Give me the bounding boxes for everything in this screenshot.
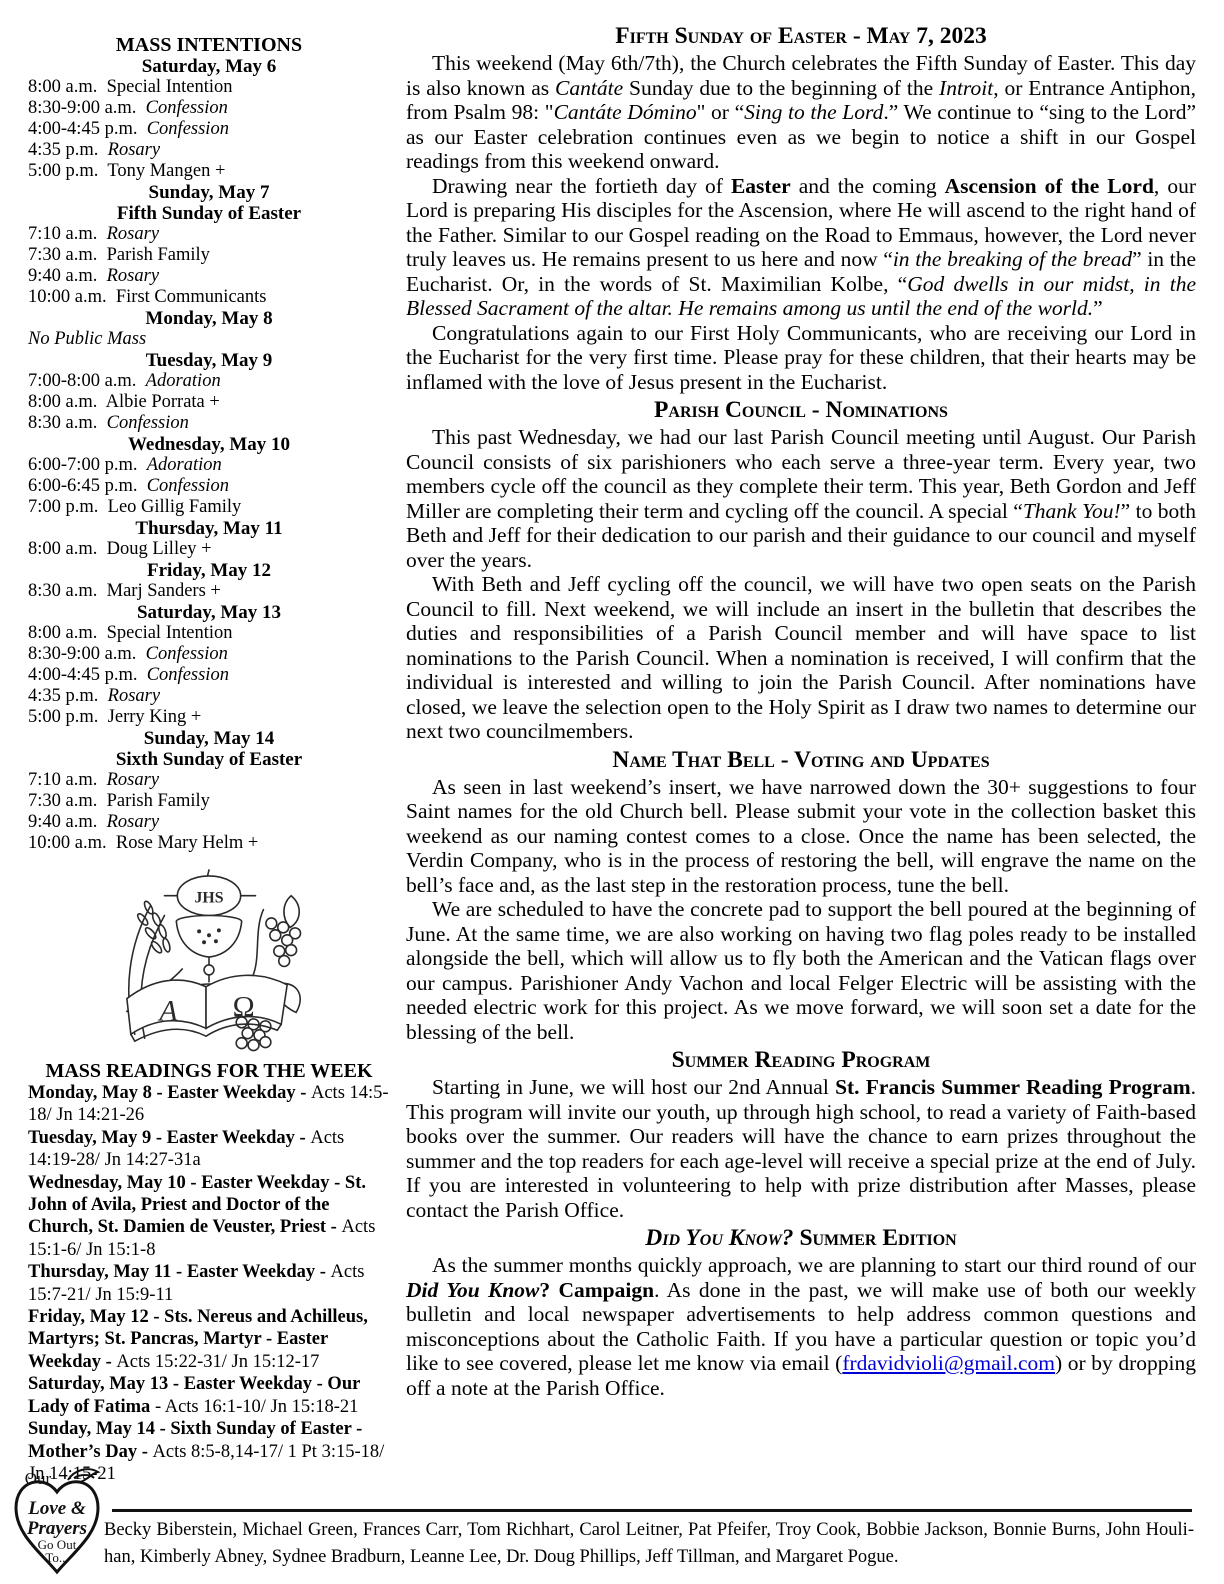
- mass-intention-entry: 8:00 a.m. Albie Porrata +: [28, 392, 390, 413]
- logo-line-love: Love &: [27, 1498, 86, 1519]
- dove-icon: [68, 1469, 98, 1482]
- text-run: Parish Council - Nominations: [654, 397, 948, 423]
- mass-desc: Rosary: [107, 224, 159, 244]
- chalice-host-illustration: JHS: [101, 868, 317, 1056]
- mass-time: 8:30 a.m.: [28, 581, 97, 601]
- sections: Fifth Sunday of Easter - May 7, 2023This…: [406, 23, 1196, 1400]
- mass-time: 8:00 a.m.: [28, 623, 97, 643]
- day-header: Sunday, May 14: [28, 728, 390, 749]
- mass-intention-entry: 8:30-9:00 a.m. Confession: [28, 644, 390, 665]
- paragraph: Congratulations again to our First Holy …: [406, 321, 1196, 395]
- mass-intention-entry: 9:40 a.m. Rosary: [28, 266, 390, 287]
- text-run: Congratulations again to our First Holy …: [406, 321, 1196, 394]
- mass-intention-entry: 8:00 a.m. Special Intention: [28, 623, 390, 644]
- mass-time: 6:00-6:45 p.m.: [28, 476, 137, 496]
- text-run: Tuesday, May 9 - Easter Weekday -: [28, 1128, 310, 1148]
- mass-time: 4:00-4:45 p.m.: [28, 665, 137, 685]
- mass-desc: Leo Gillig Family: [108, 497, 242, 517]
- text-run: Ascension of the Lord: [945, 174, 1154, 198]
- mass-intention-entry: 10:00 a.m. Rose Mary Helm +: [28, 833, 390, 854]
- text-run: Drawing near the fortieth day of: [432, 174, 731, 198]
- mass-intention-entry: 4:35 p.m. Rosary: [28, 140, 390, 161]
- mass-intention-entry: 9:40 a.m. Rosary: [28, 812, 390, 833]
- mass-desc: Confession: [147, 119, 229, 139]
- mass-intention-entry: 8:30 a.m. Confession: [28, 413, 390, 434]
- mass-desc: Special Intention: [107, 77, 233, 97]
- text-run: ”: [1093, 296, 1103, 320]
- mass-time: 8:00 a.m.: [28, 392, 97, 412]
- mass-desc: Confession: [107, 413, 189, 433]
- day-header: Wednesday, May 10: [28, 434, 390, 455]
- mass-time: 9:40 a.m.: [28, 266, 97, 286]
- section-heading: Did You Know? Summer Edition: [406, 1225, 1196, 1252]
- text-run: Thank You!: [1023, 499, 1121, 523]
- mass-desc: Confession: [147, 665, 229, 685]
- email-link[interactable]: frdavidvioli@gmail.com: [842, 1351, 1055, 1375]
- mass-time: 5:00 p.m.: [28, 707, 98, 727]
- text-run: Easter: [731, 174, 791, 198]
- text-run: and the coming: [791, 174, 945, 198]
- mass-intention-entry: 4:00-4:45 p.m. Confession: [28, 665, 390, 686]
- text-run: ? Campaign: [539, 1278, 654, 1302]
- text-run: With Beth and Jeff cycling off the counc…: [406, 572, 1196, 743]
- mass-intention-entry: 10:00 a.m. First Communicants: [28, 287, 390, 308]
- mass-intention-entry: 8:30-9:00 a.m. Confession: [28, 98, 390, 119]
- logo-line-to: To...: [45, 1550, 68, 1565]
- paragraph: As seen in last weekend’s insert, we hav…: [406, 775, 1196, 898]
- mass-time: 7:10 a.m.: [28, 770, 97, 790]
- reading-item: Wednesday, May 10 - Easter Weekday - St.…: [28, 1172, 390, 1262]
- logo-line-our: Our: [25, 1469, 52, 1488]
- mass-time: 10:00 a.m.: [28, 287, 107, 307]
- mass-time: 10:00 a.m.: [28, 833, 107, 853]
- text-run: As the summer months quickly approach, w…: [432, 1253, 1196, 1277]
- mass-intention-entry: 7:00-8:00 a.m. Adoration: [28, 371, 390, 392]
- text-run: Name That Bell - Voting and Updates: [612, 747, 989, 773]
- mass-desc: Parish Family: [107, 791, 210, 811]
- logo-line-prayers: Prayers: [26, 1518, 87, 1539]
- mass-intention-entry: 8:00 a.m. Doug Lilley +: [28, 539, 390, 560]
- mass-desc: Rosary: [108, 686, 160, 706]
- host-text: JHS: [194, 890, 223, 907]
- text-run: St. Francis Summer Reading Program: [835, 1075, 1191, 1099]
- reading-item: Friday, May 12 - Sts. Nereus and Achille…: [28, 1306, 390, 1373]
- text-run: Sunday due to the beginning of the: [623, 76, 939, 100]
- mass-time: 9:40 a.m.: [28, 812, 97, 832]
- day-header: Monday, May 8: [28, 308, 390, 329]
- mass-intention-entry: 8:00 a.m. Special Intention: [28, 77, 390, 98]
- mass-desc: Marj Sanders +: [107, 581, 221, 601]
- text-run: Summer Edition: [794, 1225, 957, 1251]
- mass-intention-entry: 7:00 p.m. Leo Gillig Family: [28, 497, 390, 518]
- section-heading: Parish Council - Nominations: [406, 397, 1196, 424]
- mass-desc: Rosary: [108, 140, 160, 160]
- left-column: MASS INTENTIONS Saturday, May 68:00 a.m.…: [28, 34, 390, 1485]
- mass-time: 7:10 a.m.: [28, 224, 97, 244]
- mass-intention-entry: 5:00 p.m. Jerry King +: [28, 707, 390, 728]
- paragraph: With Beth and Jeff cycling off the counc…: [406, 572, 1196, 744]
- reading-item: Thursday, May 11 - Easter Weekday - Acts…: [28, 1261, 390, 1306]
- mass-desc: Rosary: [107, 266, 159, 286]
- text-run: Summer Reading Program: [672, 1047, 931, 1073]
- mass-readings-title: MASS READINGS FOR THE WEEK: [28, 1060, 390, 1082]
- text-run: Introit: [939, 76, 993, 100]
- section-heading: Name That Bell - Voting and Updates: [406, 747, 1196, 774]
- text-run: Thursday, May 11 - Easter Weekday -: [28, 1262, 331, 1282]
- mass-intention-entry: 6:00-7:00 p.m. Adoration: [28, 455, 390, 476]
- mass-intention-entry: 7:30 a.m. Parish Family: [28, 245, 390, 266]
- text-run: Sing to the Lord: [744, 100, 883, 124]
- text-run: Starting in June, we will host our 2nd A…: [432, 1075, 835, 1099]
- day-header: Saturday, May 6: [28, 56, 390, 77]
- mass-intention-entry: 7:30 a.m. Parish Family: [28, 791, 390, 812]
- text-run: As seen in last weekend’s insert, we hav…: [406, 775, 1196, 897]
- text-run: We are scheduled to have the concrete pa…: [406, 897, 1196, 1044]
- mass-desc: Special Intention: [107, 623, 233, 643]
- mass-desc: Tony Mangen +: [107, 161, 225, 181]
- mass-time: 5:00 p.m.: [28, 161, 98, 181]
- mass-intention-entry: 4:35 p.m. Rosary: [28, 686, 390, 707]
- main-column: Fifth Sunday of Easter - May 7, 2023This…: [406, 20, 1196, 1400]
- mass-time: 8:30-9:00 a.m.: [28, 98, 136, 118]
- omega-text: Ω: [233, 991, 255, 1023]
- text-run: - Acts 16:1-10/ Jn 15:18-21: [150, 1397, 358, 1417]
- text-run: Cantáte Dómino: [554, 100, 697, 124]
- text-run: Wednesday, May 10 - Easter Weekday - St.…: [28, 1173, 366, 1238]
- footer-divider: [112, 1509, 1192, 1512]
- mass-desc: Adoration: [147, 455, 222, 475]
- mass-desc: Confession: [146, 98, 228, 118]
- text-run: Acts 15:22-31/ Jn 15:12-17: [116, 1352, 319, 1372]
- mass-desc: First Communicants: [116, 287, 267, 307]
- text-run: Monday, May 8 - Easter Weekday -: [28, 1083, 311, 1103]
- mass-time: 4:00-4:45 p.m.: [28, 119, 137, 139]
- mass-desc: Rosary: [107, 812, 159, 832]
- day-header: Thursday, May 11: [28, 518, 390, 539]
- mass-time: 6:00-7:00 p.m.: [28, 455, 137, 475]
- mass-time: 8:30 a.m.: [28, 413, 97, 433]
- love-prayers-logo: Our Love & Prayers Go Out To...: [10, 1466, 105, 1582]
- mass-readings-list: Monday, May 8 - Easter Weekday - Acts 14…: [28, 1082, 390, 1485]
- mass-intention-entry: 6:00-6:45 p.m. Confession: [28, 476, 390, 497]
- paragraph: As the summer months quickly approach, w…: [406, 1253, 1196, 1400]
- mass-time: 4:35 p.m.: [28, 140, 98, 160]
- alpha-text: A: [157, 995, 178, 1027]
- mass-desc: Rose Mary Helm +: [116, 833, 258, 853]
- mass-intentions-list: Saturday, May 68:00 a.m. Special Intenti…: [28, 56, 390, 854]
- section-heading: Summer Reading Program: [406, 1047, 1196, 1074]
- text-run: Did You Know: [406, 1278, 539, 1302]
- host-icon: JHS: [164, 870, 255, 916]
- mass-time: 7:00-8:00 a.m.: [28, 371, 136, 391]
- paragraph: Drawing near the fortieth day of Easter …: [406, 174, 1196, 321]
- day-header: Saturday, May 13: [28, 602, 390, 623]
- mass-intention-entry: 4:00-4:45 p.m. Confession: [28, 119, 390, 140]
- mass-time: 8:00 a.m.: [28, 77, 97, 97]
- day-header: Fifth Sunday of Easter: [28, 203, 390, 224]
- mass-desc: Albie Porrata +: [106, 392, 220, 412]
- text-run: Did You Know?: [645, 1225, 793, 1251]
- reading-item: Monday, May 8 - Easter Weekday - Acts 14…: [28, 1082, 390, 1127]
- mass-desc: Jerry King +: [108, 707, 202, 727]
- mass-intention-entry: 5:00 p.m. Tony Mangen +: [28, 161, 390, 182]
- mass-desc: Doug Lilley +: [107, 539, 212, 559]
- paragraph: We are scheduled to have the concrete pa…: [406, 897, 1196, 1044]
- mass-intention-entry: 8:30 a.m. Marj Sanders +: [28, 581, 390, 602]
- paragraph: This weekend (May 6th/7th), the Church c…: [406, 51, 1196, 174]
- day-header: Sunday, May 7: [28, 182, 390, 203]
- no-mass-note: No Public Mass: [28, 329, 390, 350]
- mass-intention-entry: 7:10 a.m. Rosary: [28, 224, 390, 245]
- paragraph: This past Wednesday, we had our last Par…: [406, 425, 1196, 572]
- text-run: Cantáte: [555, 76, 623, 100]
- day-header: Friday, May 12: [28, 560, 390, 581]
- mass-time: 4:35 p.m.: [28, 686, 98, 706]
- paragraph: Starting in June, we will host our 2nd A…: [406, 1075, 1196, 1222]
- mass-intention-entry: 7:10 a.m. Rosary: [28, 770, 390, 791]
- mass-desc: Confession: [147, 476, 229, 496]
- mass-desc: Adoration: [146, 371, 221, 391]
- section-heading: Fifth Sunday of Easter - May 7, 2023: [406, 23, 1196, 50]
- mass-time: 7:00 p.m.: [28, 497, 98, 517]
- reading-item: Saturday, May 13 - Easter Weekday - Our …: [28, 1373, 390, 1418]
- mass-time: 8:30-9:00 a.m.: [28, 644, 136, 664]
- day-header: Sixth Sunday of Easter: [28, 749, 390, 770]
- footer-names: Becky Biberstein, Michael Green, Frances…: [104, 1517, 1194, 1571]
- mass-time: 8:00 a.m.: [28, 539, 97, 559]
- mass-intentions-title: MASS INTENTIONS: [28, 34, 390, 56]
- mass-time: 7:30 a.m.: [28, 245, 97, 265]
- mass-desc: Rosary: [107, 770, 159, 790]
- text-run: Fifth Sunday of Easter - May 7, 2023: [615, 23, 987, 49]
- reading-item: Tuesday, May 9 - Easter Weekday - Acts 1…: [28, 1127, 390, 1172]
- mass-time: 7:30 a.m.: [28, 791, 97, 811]
- day-header: Tuesday, May 9: [28, 350, 390, 371]
- mass-desc: Parish Family: [107, 245, 210, 265]
- text-run: " or “: [697, 100, 745, 124]
- text-run: in the breaking of the bread: [893, 247, 1132, 271]
- mass-desc: Confession: [146, 644, 228, 664]
